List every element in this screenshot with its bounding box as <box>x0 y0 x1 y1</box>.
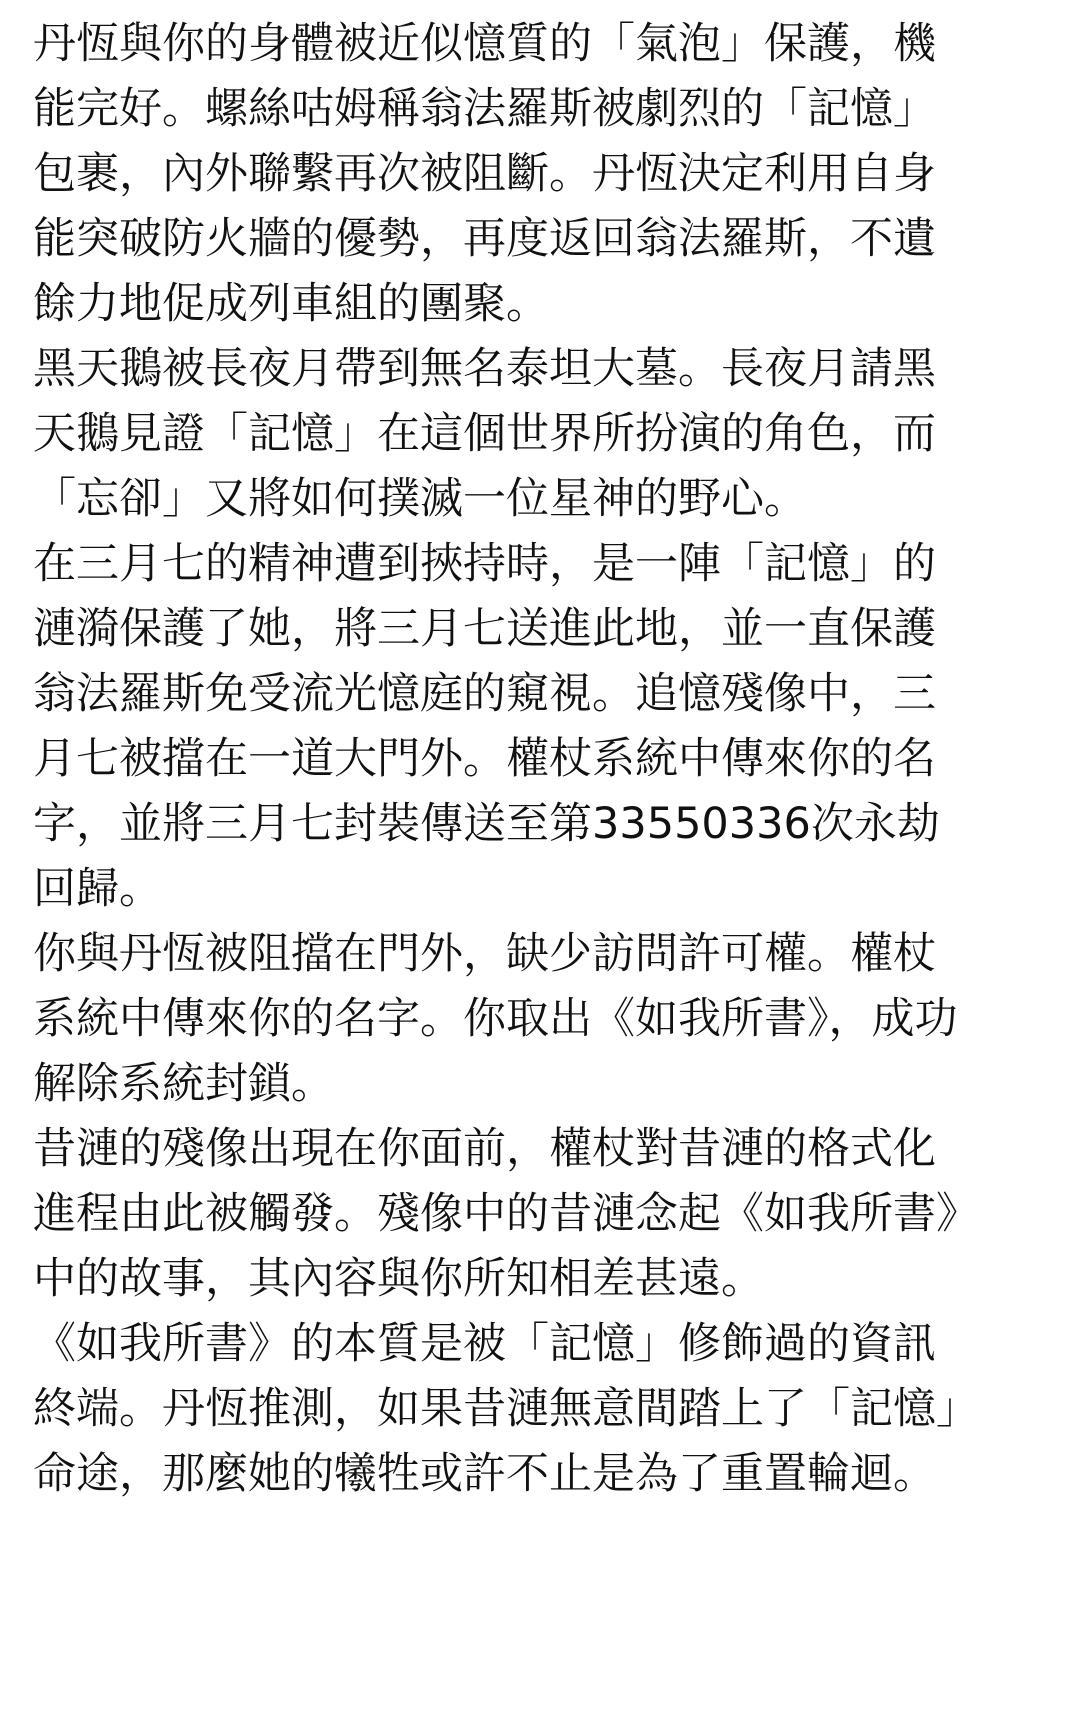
paragraph-dan-heng-bubble: 丹恆與你的身體被近似憶質的「氣泡」保護，機能完好。螺絲咕姆稱翁法羅斯被劇烈的「記… <box>33 12 968 337</box>
document-body: 丹恆與你的身體被近似憶質的「氣泡」保護，機能完好。螺絲咕姆稱翁法羅斯被劇烈的「記… <box>33 12 968 1507</box>
paragraph-black-swan-tomb: 黑天鵝被長夜月帶到無名泰坦大墓。長夜月請黑天鵝見證「記憶」在這個世界所扮演的角色… <box>33 337 968 532</box>
paragraph-blocked-door: 你與丹恆被阻擋在門外，缺少訪問許可權。權杖系統中傳來你的名字。你取出《如我所書》… <box>33 922 968 1117</box>
paragraph-march-seventh-memory: 在三月七的精神遭到挾持時，是一陣「記憶」的漣漪保護了她，將三月七送進此地，並一直… <box>33 532 968 922</box>
paragraph-cyrene-afterimage: 昔漣的殘像出現在你面前，權杖對昔漣的格式化進程由此被觸發。殘像中的昔漣念起《如我… <box>33 1117 968 1312</box>
paragraph-book-nature: 《如我所書》的本質是被「記憶」修飾過的資訊終端。丹恆推測，如果昔漣無意間踏上了「… <box>33 1312 968 1507</box>
